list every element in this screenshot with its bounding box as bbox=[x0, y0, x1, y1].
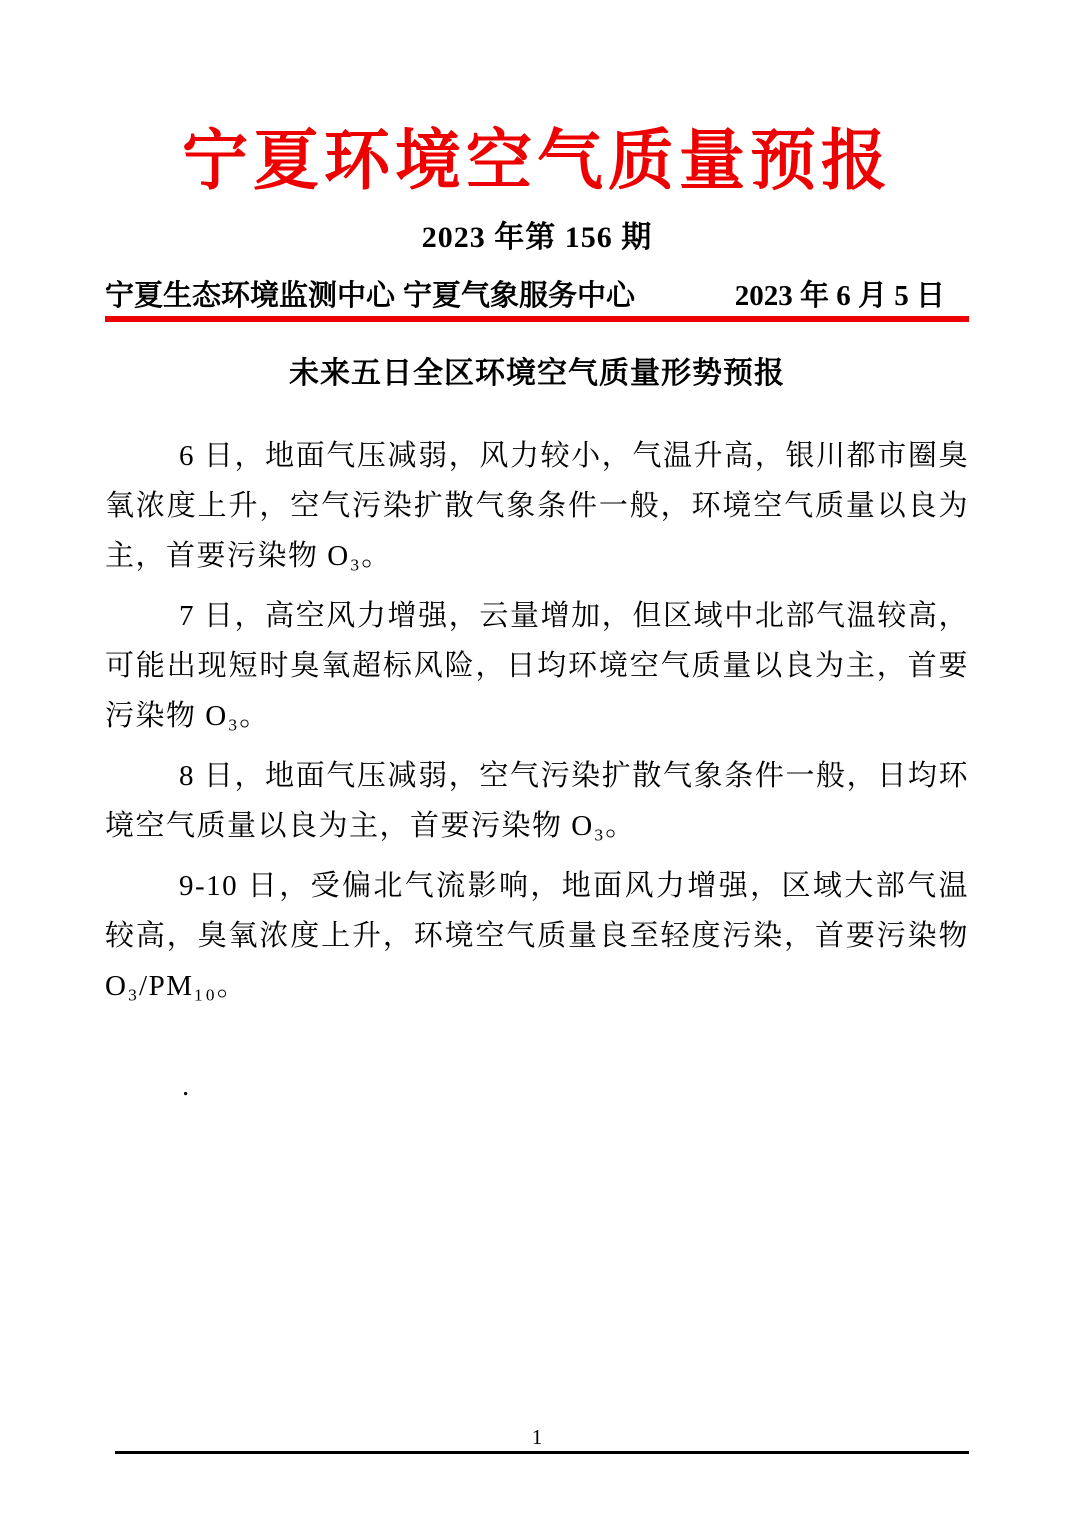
forecast-paragraph-day6: 6 日，地面气压减弱，风力较小，气温升高，银川都市圈臭氧浓度上升，空气污染扩散气… bbox=[105, 431, 969, 581]
red-divider bbox=[105, 316, 969, 322]
section-title: 未来五日全区环境空气质量形势预报 bbox=[105, 354, 969, 394]
forecast-paragraph-day7: 7 日，高空风力增强，云量增加，但区域中北部气温较高，可能出现短时臭氧超标风险，… bbox=[105, 591, 969, 741]
forecast-paragraph-day9-10: 9-10 日，受偏北气流影响，地面风力增强，区域大部气温较高，臭氧浓度上升，环境… bbox=[105, 861, 969, 1011]
document-page: 宁夏环境空气质量预报 2023 年第 156 期 宁夏生态环境监测中心 宁夏气象… bbox=[0, 0, 1074, 1520]
issuing-agencies: 宁夏生态环境监测中心 宁夏气象服务中心 bbox=[105, 280, 635, 312]
masthead: 宁夏生态环境监测中心 宁夏气象服务中心 2023 年 6 月 5 日 bbox=[105, 280, 969, 312]
stray-period: . bbox=[105, 1071, 969, 1101]
issue-date: 2023 年 6 月 5 日 bbox=[735, 280, 969, 312]
footer-divider bbox=[115, 1451, 969, 1454]
page-number: 1 bbox=[0, 1424, 1074, 1450]
issue-number: 2023 年第 156 期 bbox=[105, 218, 969, 258]
forecast-paragraph-day8: 8 日，地面气压减弱，空气污染扩散气象条件一般，日均环境空气质量以良为主，首要污… bbox=[105, 751, 969, 851]
document-content: 宁夏环境空气质量预报 2023 年第 156 期 宁夏生态环境监测中心 宁夏气象… bbox=[105, 126, 969, 1101]
document-title: 宁夏环境空气质量预报 bbox=[105, 126, 969, 198]
